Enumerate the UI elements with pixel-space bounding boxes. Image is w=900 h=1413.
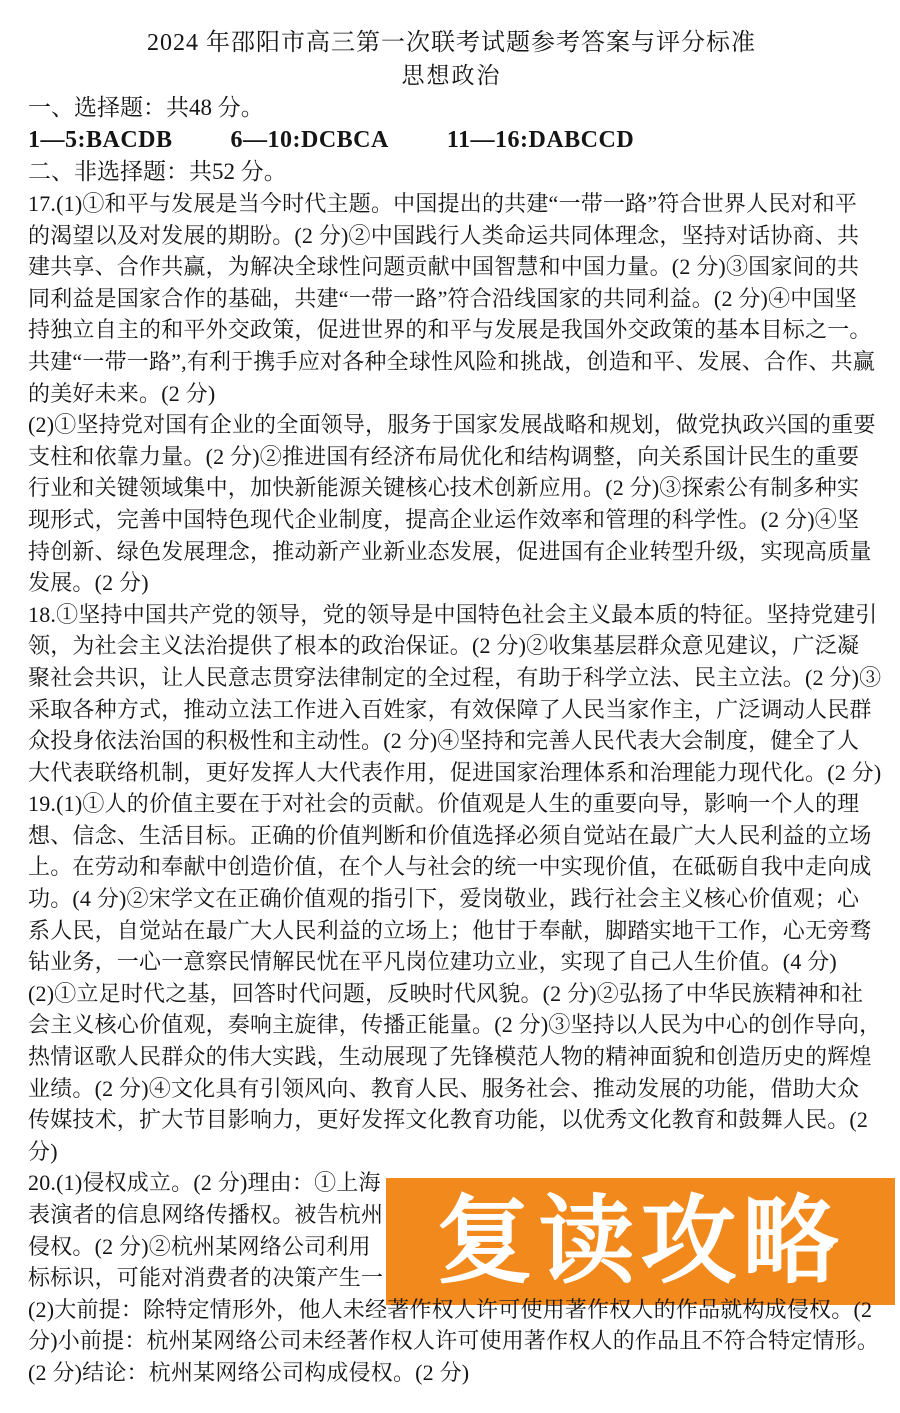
- text-line: 行业和关键领域集中，加快新能源关键核心技术创新应用。(2 分)③探索公有制多种实: [28, 472, 875, 504]
- text-line: 上。在劳动和奉献中创造价值，在个人与社会的统一中实现价值，在砥砺自我中走向成: [28, 851, 875, 883]
- text-line: 发展。(2 分): [28, 567, 875, 599]
- text-line: 的渴望以及对发展的期盼。(2 分)②中国践行人类命运共同体理念，坚持对话协商、共: [28, 220, 875, 252]
- text-line: 19.(1)①人的价值主要在于对社会的贡献。价值观是人生的重要向导，影响一个人的…: [28, 788, 875, 820]
- text-line: 采取各种方式，推动立法工作进入百姓家，有效保障了人民当家作主，广泛调动人民群: [28, 694, 875, 726]
- answer-range-6-10: 6—10:DCBCA: [231, 124, 389, 156]
- non-choice-section-header: 二、非选择题：共52 分。: [28, 156, 875, 188]
- text-line: 17.(1)①和平与发展是当今时代主题。中国提出的共建“一带一路”符合世界人民对…: [28, 188, 875, 220]
- paragraph-q18: 18.①坚持中国共产党的领导，党的领导是中国特色社会主义最本质的特征。坚持党建引…: [28, 599, 875, 789]
- text-line: (2 分)结论：杭州某网络公司构成侵权。(2 分): [28, 1357, 875, 1389]
- text-line: (2)大前提：除特定情形外，他人未经著作权人许可使用著作权人的作品就构成侵权。(…: [28, 1294, 875, 1326]
- text-line: 18.①坚持中国共产党的领导，党的领导是中国特色社会主义最本质的特征。坚持党建引: [28, 599, 875, 631]
- paragraph-q20-2: (2)大前提：除特定情形外，他人未经著作权人许可使用著作权人的作品就构成侵权。(…: [28, 1294, 875, 1389]
- document-title: 2024 年邵阳市高三第一次联考试题参考答案与评分标准: [28, 26, 875, 60]
- paragraph-q17-2: (2)①坚持党对国有企业的全面领导，服务于国家发展战略和规划，做党执政兴国的重要…: [28, 409, 875, 599]
- text-line: 业绩。(2 分)④文化具有引领风向、教育人民、服务社会、推动发展的功能，借助大众: [28, 1073, 875, 1105]
- text-line: 钻业务，一心一意察民情解民忧在平凡岗位建功立业，实现了自己人生价值。(4 分): [28, 946, 875, 978]
- text-line: 会主义核心价值观，奏响主旋律，传播正能量。(2 分)③坚持以人民为中心的创作导向…: [28, 1009, 875, 1041]
- text-line: 持创新、绿色发展理念，推动新产业新业态发展，促进国有企业转型升级，实现高质量: [28, 536, 875, 568]
- text-line: 现形式，完善中国特色现代企业制度，提高企业运作效率和管理的科学性。(2 分)④坚: [28, 504, 875, 536]
- text-line: 同利益是国家合作的基础，共建“一带一路”符合沿线国家的共同利益。(2 分)④中国…: [28, 283, 875, 315]
- answer-range-1-5: 1—5:BACDB: [28, 124, 173, 156]
- text-line: 功。(4 分)②宋学文在正确价值观的指引下，爱岗敬业，践行社会主义核心价值观；心: [28, 883, 875, 915]
- text-line: 大代表联络机制，更好发挥人大代表作用，促进国家治理体系和治理能力现代化。(2 分…: [28, 757, 875, 789]
- paragraph-q19-2: (2)①立足时代之基，回答时代问题，反映时代风貌。(2 分)②弘扬了中华民族精神…: [28, 978, 875, 1168]
- text-line: 众投身依法治国的积极性和主动性。(2 分)④坚持和完善人民代表大会制度，健全了人: [28, 725, 875, 757]
- text-line: (2)①坚持党对国有企业的全面领导，服务于国家发展战略和规划，做党执政兴国的重要: [28, 409, 875, 441]
- document-subject: 思想政治: [28, 60, 875, 92]
- text-line: 分): [28, 1136, 875, 1168]
- watermark-text: 复读攻略: [437, 1178, 845, 1305]
- answer-range-11-16: 11—16:DABCCD: [447, 124, 634, 156]
- text-line: (2)①立足时代之基，回答时代问题，反映时代风貌。(2 分)②弘扬了中华民族精神…: [28, 978, 875, 1010]
- watermark-overlay: 复读攻略: [386, 1178, 895, 1305]
- text-line: 想、信念、生活目标。正确的价值判断和价值选择必须自觉站在最广大人民利益的立场: [28, 820, 875, 852]
- text-line: 持独立自主的和平外交政策，促进世界的和平与发展是我国外交政策的基本目标之一。: [28, 314, 875, 346]
- text-line: 共建“一带一路”,有利于携手应对各种全球性风险和挑战，创造和平、发展、合作、共赢: [28, 346, 875, 378]
- text-line: 传媒技术，扩大节目影响力，更好发挥文化教育功能，以优秀文化教育和鼓舞人民。(2: [28, 1104, 875, 1136]
- text-line: 领，为社会主义法治提供了根本的政治保证。(2 分)②收集基层群众意见建议，广泛凝: [28, 630, 875, 662]
- text-line: 支柱和依靠力量。(2 分)②推进国有经济布局优化和结构调整，向关系国计民生的重要: [28, 441, 875, 473]
- text-line: 的美好未来。(2 分): [28, 378, 875, 410]
- choice-section-header: 一、选择题：共48 分。: [28, 92, 875, 124]
- text-line: 热情讴歌人民群众的伟大实践，生动展现了先锋模范人物的精神面貌和创造历史的辉煌: [28, 1041, 875, 1073]
- text-line: 分)小前提：杭州某网络公司未经著作权人许可使用著作权人的作品且不符合特定情形。: [28, 1325, 875, 1357]
- paragraph-q17-1: 17.(1)①和平与发展是当今时代主题。中国提出的共建“一带一路”符合世界人民对…: [28, 188, 875, 409]
- paragraph-q19-1: 19.(1)①人的价值主要在于对社会的贡献。价值观是人生的重要向导，影响一个人的…: [28, 788, 875, 978]
- choice-answer-key: 1—5:BACDB 6—10:DCBCA 11—16:DABCCD: [28, 124, 875, 156]
- text-line: 系人民，自觉站在最广大人民利益的立场上；他甘于奉献，脚踏实地干工作，心无旁骛: [28, 915, 875, 947]
- text-line: 建共享、合作共赢，为解决全球性问题贡献中国智慧和中国力量。(2 分)③国家间的共: [28, 251, 875, 283]
- text-line: 聚社会共识，让人民意志贯穿法律制定的全过程，有助于科学立法、民主立法。(2 分)…: [28, 662, 875, 694]
- document-page: 2024 年邵阳市高三第一次联考试题参考答案与评分标准 思想政治 一、选择题：共…: [0, 0, 900, 1413]
